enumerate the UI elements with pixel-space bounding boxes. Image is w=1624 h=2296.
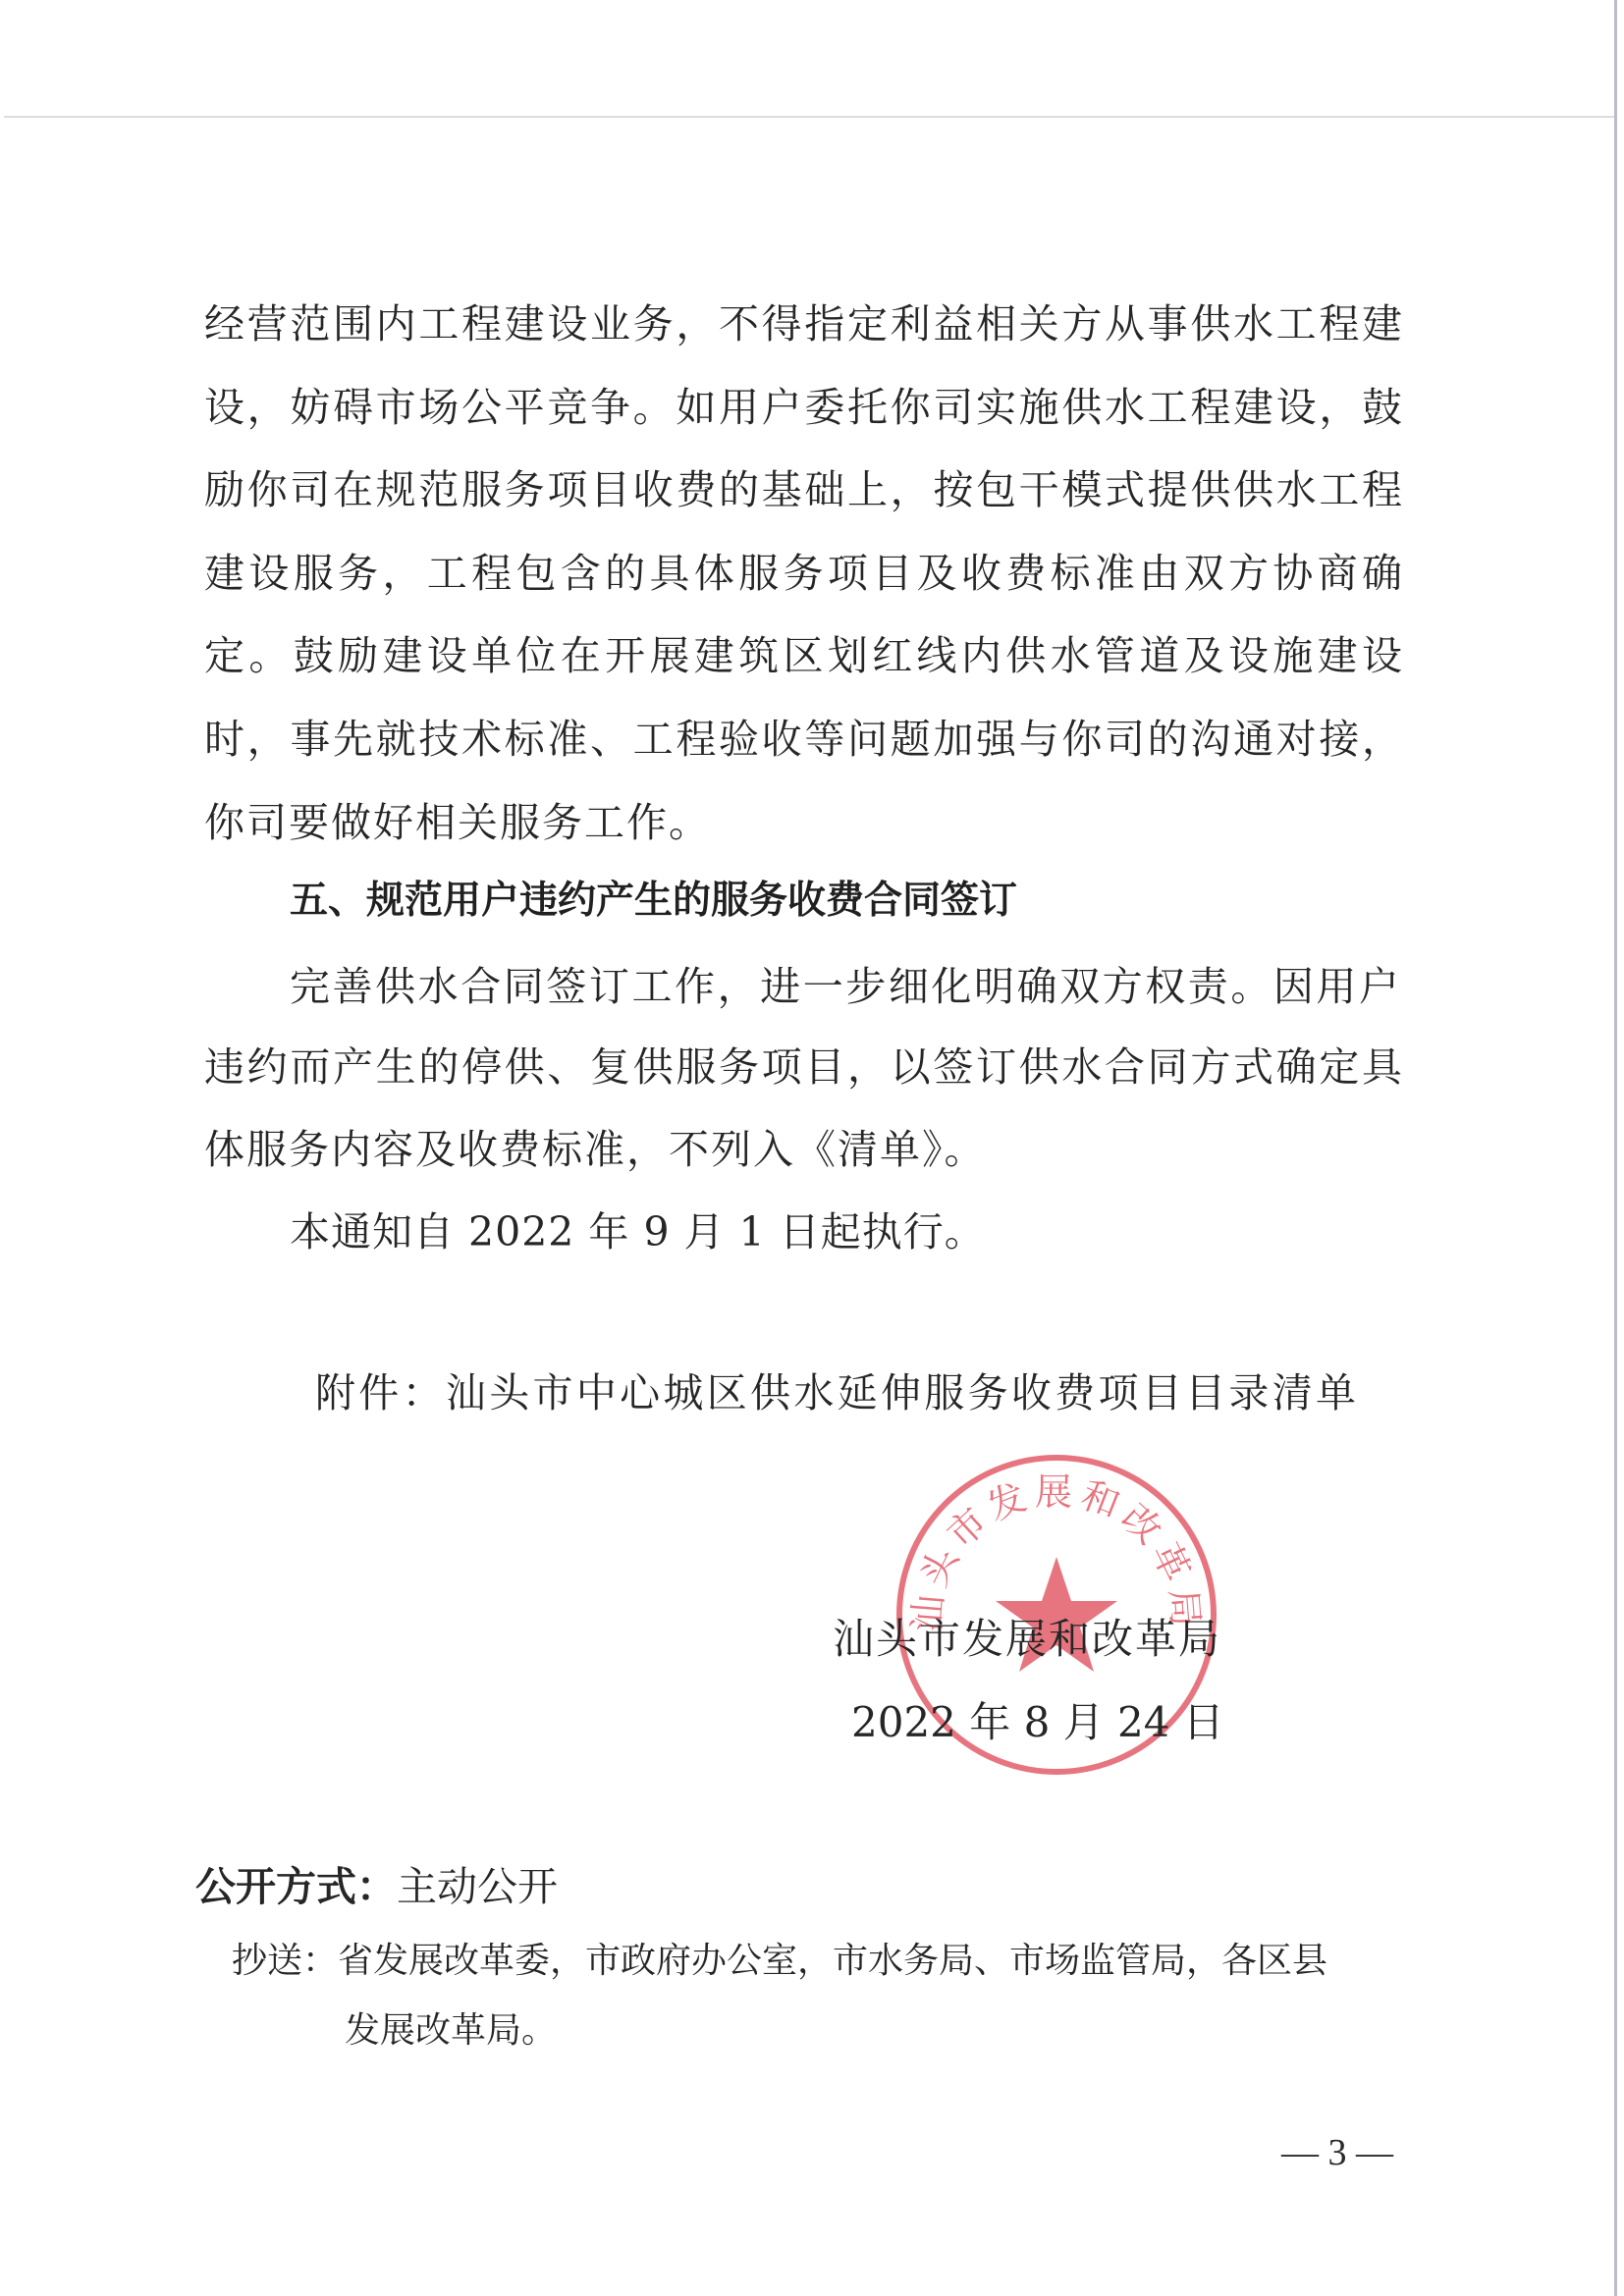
cc-recipients: 省发展改革委，市政府办公室，市水务局、市场监管局，各区县 — [338, 1941, 1327, 1981]
body-line-3: 励你司在规范服务项目收费的基础上，按包干模式提供供水工程 — [204, 466, 1402, 513]
body-line-4: 建设服务，工程包含的具体服务项目及收费标准由双方协商确 — [204, 550, 1402, 597]
cc-line-1: 抄送：省发展改革委，市政府办公室，市水务局、市场监管局，各区县 — [232, 1938, 1400, 1985]
page-top-border — [4, 116, 1614, 118]
body-line-2: 设，妨碍市场公平竞争。如用户委托你司实施供水工程建设，鼓 — [204, 384, 1402, 431]
section-line-3: 体服务内容及收费标准，不列入《清单》。 — [204, 1126, 987, 1173]
cc-line-2: 发展改革局。 — [345, 2007, 557, 2055]
body-line-7: 你司要做好相关服务工作。 — [204, 799, 711, 846]
issue-date: 2022 年 8 月 24 日 — [851, 1699, 1224, 1746]
body-line-5: 定。鼓励建设单位在开展建筑区划红线内供水管道及设施建设 — [204, 632, 1402, 679]
section-heading: 五、规范用户违约产生的服务收费合同签订 — [290, 878, 1017, 925]
attachment-line: 附件：汕头市中心城区供水延伸服务收费项目目录清单 — [315, 1369, 1356, 1416]
section-line-1: 完善供水合同签订工作，进一步细化明确双方权责。因用户 — [290, 963, 1399, 1010]
disclosure-value: 主动公开 — [397, 1863, 558, 1910]
body-line-1: 经营范围内工程建设业务，不得指定利益相关方从事供水工程建 — [204, 300, 1402, 347]
cc-label: 抄送： — [232, 1941, 338, 1981]
issuer-name: 汕头市发展和改革局 — [833, 1616, 1221, 1663]
page-number: — 3 — — [1281, 2130, 1393, 2175]
effective-notice: 本通知自 2022 年 9 月 1 日起执行。 — [290, 1208, 986, 1255]
section-line-2: 违约而产生的停供、复供服务项目，以签订供水合同方式确定具 — [204, 1043, 1402, 1091]
disclosure-line: 公开方式：主动公开 — [195, 1863, 558, 1910]
body-line-6: 时，事先就技术标准、工程验收等问题加强与你司的沟通对接， — [204, 716, 1402, 763]
disclosure-label: 公开方式： — [195, 1863, 397, 1910]
page-right-edge — [1614, 0, 1617, 2296]
